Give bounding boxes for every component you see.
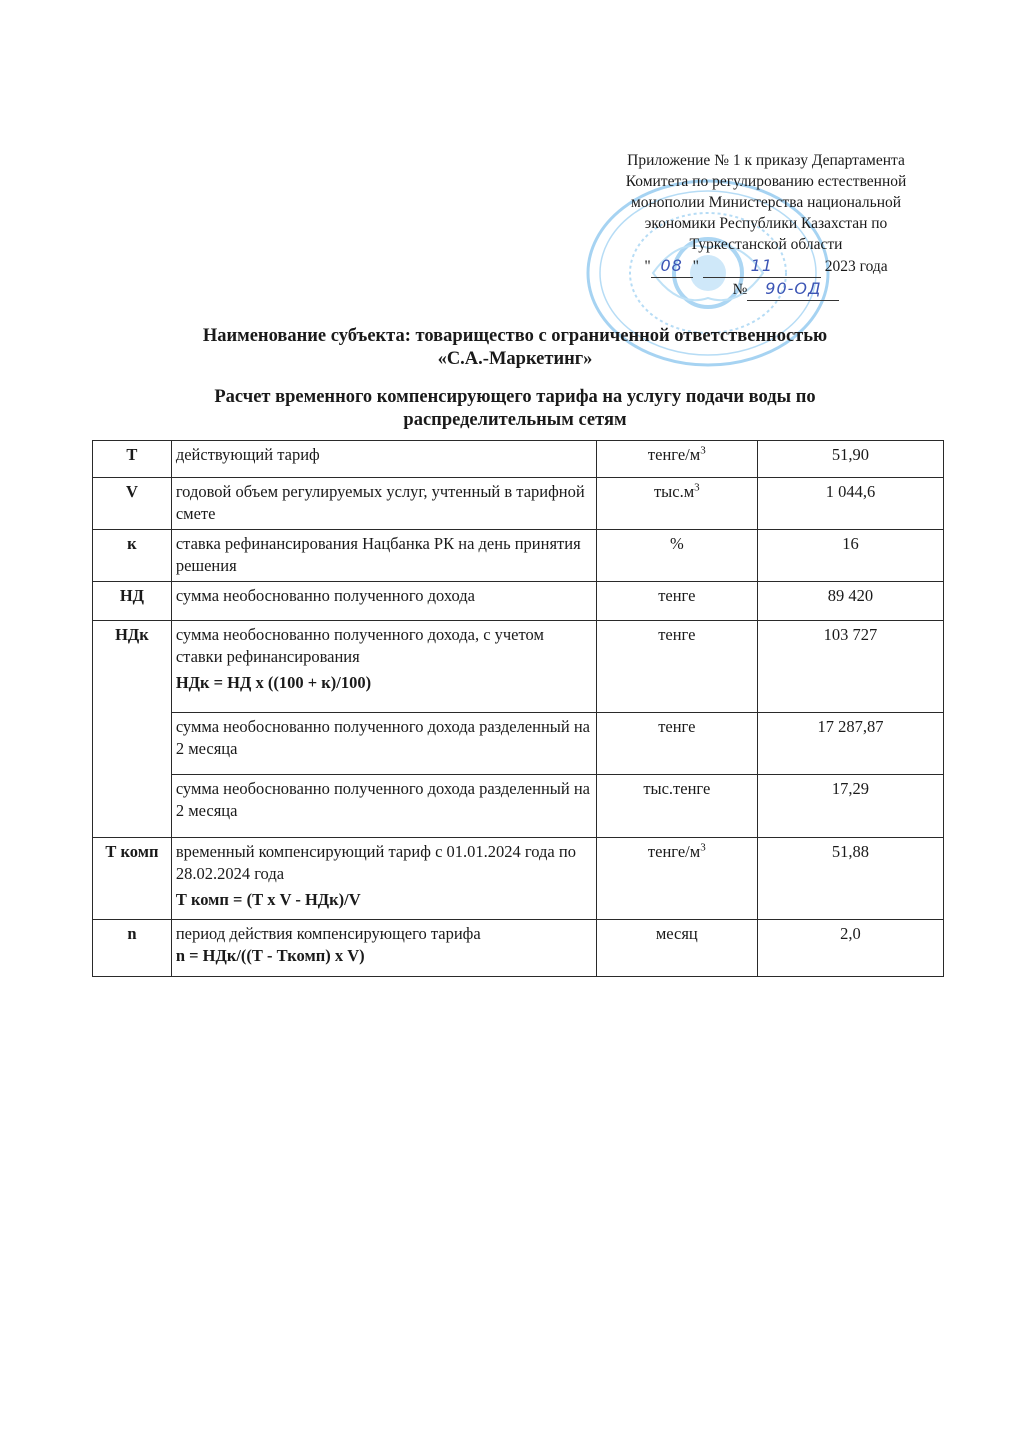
table-row: к ставка рефинансирования Нацбанка РК на…	[93, 530, 944, 582]
unit-cell: тенге	[596, 582, 757, 621]
subject-heading: Наименование субъекта: товарищество с ог…	[100, 325, 930, 371]
symbol-cell: V	[93, 478, 172, 530]
unit-text: тенге/м	[648, 445, 700, 464]
date-month: 11	[751, 256, 773, 275]
table-row: Т действующий тариф тенге/м3 51,90	[93, 441, 944, 478]
description-cell: ставка рефинансирования Нацбанка РК на д…	[171, 530, 596, 582]
value-cell: 1 044,6	[757, 478, 943, 530]
unit-text: тенге/м	[648, 842, 700, 861]
appendix-line: экономики Республики Казахстан по	[596, 213, 936, 234]
appendix-header: Приложение № 1 к приказу Департамента Ко…	[596, 150, 936, 301]
appendix-line: Комитета по регулированию естественной	[596, 171, 936, 192]
description-cell: сумма необоснованно полученного дохода	[171, 582, 596, 621]
description-cell: годовой объем регулируемых услуг, учтенн…	[171, 478, 596, 530]
value-cell: 89 420	[757, 582, 943, 621]
description-cell: действующий тариф	[171, 441, 596, 478]
description-cell: сумма необоснованно полученного дохода, …	[171, 621, 596, 713]
table-row: сумма необоснованно полученного дохода р…	[93, 713, 944, 775]
formula-text: n = НДк/((Т - Ткомп) х V)	[176, 945, 592, 967]
unit-text: тенге	[658, 717, 695, 736]
symbol-cell: n	[93, 920, 172, 977]
unit-cell: тенге/м3	[596, 441, 757, 478]
value-cell: 17,29	[757, 775, 943, 838]
formula-text: НДк = НД х ((100 + к)/100)	[176, 672, 592, 694]
tariff-calculation-table: Т действующий тариф тенге/м3 51,90 V год…	[92, 440, 944, 977]
unit-cell: тенге	[596, 713, 757, 775]
unit-text: тенге	[658, 586, 695, 605]
unit-cell: месяц	[596, 920, 757, 977]
unit-text: тыс.м	[654, 482, 694, 501]
unit-cell: тыс.м3	[596, 478, 757, 530]
subject-line-1: Наименование субъекта: товарищество с ог…	[100, 325, 930, 348]
value-cell: 16	[757, 530, 943, 582]
table-row: сумма необоснованно полученного дохода р…	[93, 775, 944, 838]
description-text: период действия компенсирующего тарифа	[176, 924, 481, 943]
number-label: №	[733, 281, 748, 298]
unit-cell: %	[596, 530, 757, 582]
unit-text: тенге	[658, 625, 695, 644]
symbol-cell: к	[93, 530, 172, 582]
description-cell: сумма необоснованно полученного дохода р…	[171, 713, 596, 775]
value-cell: 51,88	[757, 838, 943, 920]
symbol-cell: Т	[93, 441, 172, 478]
number-value: 90-ОД	[765, 279, 821, 298]
table-row: НД сумма необоснованно полученного доход…	[93, 582, 944, 621]
date-day: 08	[660, 256, 682, 275]
appendix-line: Туркестанской области	[596, 234, 936, 255]
unit-superscript: 3	[700, 445, 706, 457]
appendix-date: "08" 11 2023 года	[596, 255, 936, 278]
description-cell: период действия компенсирующего тарифа n…	[171, 920, 596, 977]
table-row: V годовой объем регулируемых услуг, учте…	[93, 478, 944, 530]
table-row: Т комп временный компенсирующий тариф с …	[93, 838, 944, 920]
value-cell: 17 287,87	[757, 713, 943, 775]
description-text: временный компенсирующий тариф с 01.01.2…	[176, 842, 576, 883]
subject-line-2: «С.А.-Маркетинг»	[100, 348, 930, 371]
description-cell: временный компенсирующий тариф с 01.01.2…	[171, 838, 596, 920]
value-cell: 103 727	[757, 621, 943, 713]
unit-cell: тыс.тенге	[596, 775, 757, 838]
unit-cell: тенге/м3	[596, 838, 757, 920]
description-cell: сумма необоснованно полученного дохода р…	[171, 775, 596, 838]
symbol-cell: Т комп	[93, 838, 172, 920]
title-line-1: Расчет временного компенсирующего тарифа…	[100, 386, 930, 409]
unit-text: тыс.тенге	[643, 779, 710, 798]
appendix-line: Приложение № 1 к приказу Департамента	[596, 150, 936, 171]
symbol-cell: НДк	[93, 621, 172, 838]
appendix-line: монополии Министерства национальной	[596, 192, 936, 213]
date-year: 2023 года	[825, 258, 888, 275]
unit-text: месяц	[656, 924, 698, 943]
unit-superscript: 3	[700, 842, 706, 854]
unit-cell: тенге	[596, 621, 757, 713]
document-title: Расчет временного компенсирующего тарифа…	[100, 386, 930, 432]
unit-text: %	[670, 534, 684, 553]
description-text: сумма необоснованно полученного дохода, …	[176, 625, 544, 666]
table-row: НДк сумма необоснованно полученного дохо…	[93, 621, 944, 713]
value-cell: 2,0	[757, 920, 943, 977]
value-cell: 51,90	[757, 441, 943, 478]
appendix-number: №90-ОД	[596, 278, 936, 301]
formula-text: Т комп = (Т х V - НДк)/V	[176, 889, 592, 911]
unit-superscript: 3	[694, 482, 700, 494]
table-row: n период действия компенсирующего тарифа…	[93, 920, 944, 977]
symbol-cell: НД	[93, 582, 172, 621]
title-line-2: распределительным сетям	[100, 409, 930, 432]
